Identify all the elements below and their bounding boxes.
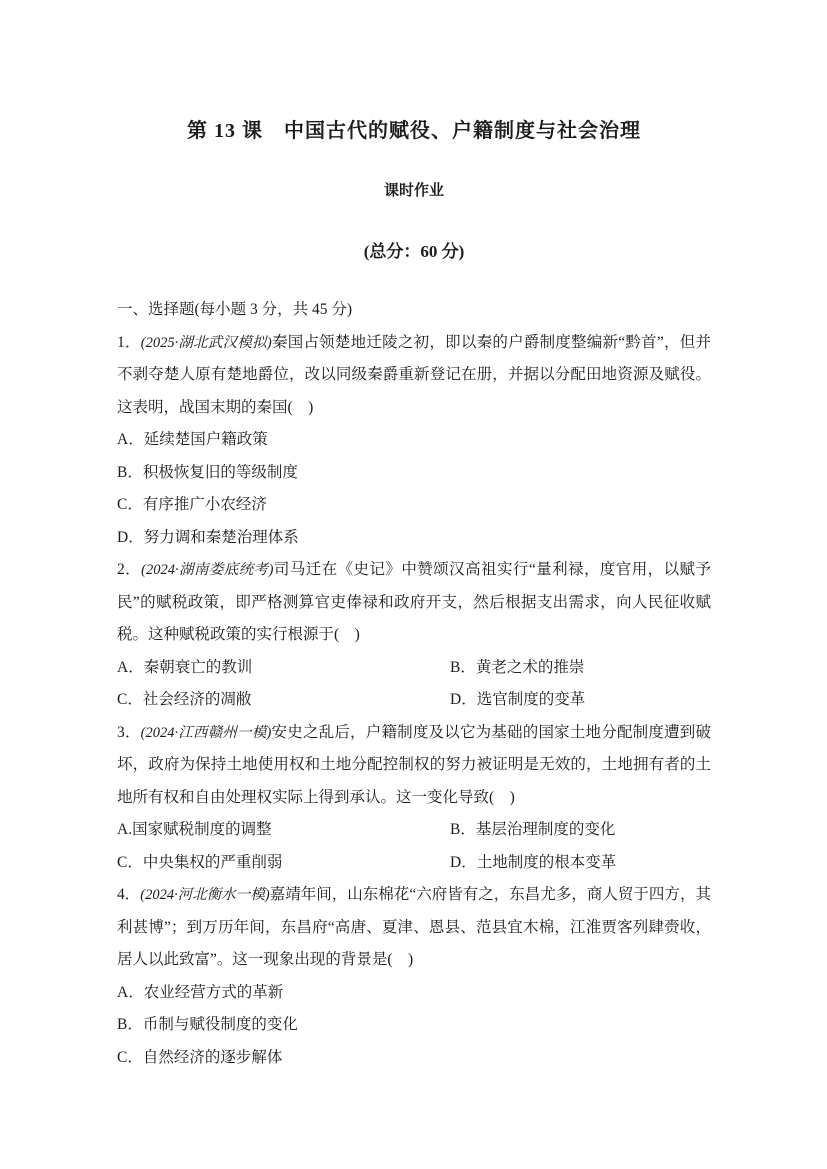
question-3-option-c: C．中央集权的严重削弱 — [117, 847, 450, 880]
question-2-source: (2024·湖南娄底统考) — [141, 562, 273, 578]
document-content: 第 13 课 中国古代的赋役、户籍制度与社会治理 课时作业 (总分：60 分) … — [117, 0, 711, 1074]
question-2-option-d: D．选官制度的变革 — [450, 684, 711, 717]
question-3-option-a: A.国家赋税制度的调整 — [117, 814, 450, 847]
question-2: 2．(2024·湖南娄底统考)司马迁在《史记》中赞颂汉高祖实行“量利禄，度官用，… — [117, 554, 711, 717]
question-3-option-d: D．土地制度的根本变革 — [450, 847, 711, 880]
question-4: 4．(2024·河北衡水一模)嘉靖年间，山东棉花“六府皆有之，东昌尤多，商人贸于… — [117, 879, 711, 1074]
question-3: 3．(2024·江西赣州一模)安史之乱后，户籍制度及以它为基础的国家土地分配制度… — [117, 717, 711, 880]
question-3-option-b: B．基层治理制度的变化 — [450, 814, 711, 847]
question-1-option-b: B．积极恢复旧的等级制度 — [117, 457, 711, 490]
document-title: 第 13 课 中国古代的赋役、户籍制度与社会治理 — [117, 116, 711, 146]
question-4-options: A．农业经营方式的革新 B．币制与赋役制度的变化 C．自然经济的逐步解体 — [117, 977, 711, 1075]
question-4-option-c: C．自然经济的逐步解体 — [117, 1042, 711, 1075]
document-page: 第 13 课 中国古代的赋役、户籍制度与社会治理 课时作业 (总分：60 分) … — [0, 0, 827, 1169]
question-2-option-a: A．秦朝衰亡的教训 — [117, 652, 450, 685]
question-3-source: (2024·江西赣州一模) — [141, 725, 272, 741]
question-3-number: 3． — [117, 724, 141, 741]
question-2-text: 2．(2024·湖南娄底统考)司马迁在《史记》中赞颂汉高祖实行“量利禄，度官用，… — [117, 554, 711, 652]
question-1-source: (2025·湖北武汉模拟) — [141, 335, 272, 351]
question-1-options: A．延续楚国户籍政策 B．积极恢复旧的等级制度 C．有序推广小农经济 D．努力调… — [117, 424, 711, 554]
question-4-option-b: B．币制与赋役制度的变化 — [117, 1009, 711, 1042]
question-4-text: 4．(2024·河北衡水一模)嘉靖年间，山东棉花“六府皆有之，东昌尤多，商人贸于… — [117, 879, 711, 977]
question-2-option-c: C．社会经济的凋敝 — [117, 684, 450, 717]
question-1-option-d: D．努力调和秦楚治理体系 — [117, 522, 711, 555]
question-1-number: 1． — [117, 334, 141, 351]
question-2-options: A．秦朝衰亡的教训 B．黄老之术的推崇 C．社会经济的凋敝 D．选官制度的变革 — [117, 652, 711, 717]
question-4-option-a: A．农业经营方式的革新 — [117, 977, 711, 1010]
document-subtitle: 课时作业 — [117, 180, 711, 202]
question-1-option-a: A．延续楚国户籍政策 — [117, 424, 711, 457]
question-2-number: 2． — [117, 561, 141, 578]
question-4-source: (2024·河北衡水一模) — [140, 887, 269, 903]
total-score-line: (总分：60 分) — [117, 240, 711, 264]
question-2-option-b: B．黄老之术的推崇 — [450, 652, 711, 685]
question-1: 1．(2025·湖北武汉模拟)秦国占领楚地迁陵之初，即以秦的户爵制度整编新“黔首… — [117, 327, 711, 555]
question-1-option-c: C．有序推广小农经济 — [117, 489, 711, 522]
question-3-text: 3．(2024·江西赣州一模)安史之乱后，户籍制度及以它为基础的国家土地分配制度… — [117, 717, 711, 815]
question-4-number: 4． — [117, 886, 140, 903]
question-3-options: A.国家赋税制度的调整 B．基层治理制度的变化 C．中央集权的严重削弱 D．土地… — [117, 814, 711, 879]
question-1-text: 1．(2025·湖北武汉模拟)秦国占领楚地迁陵之初，即以秦的户爵制度整编新“黔首… — [117, 327, 711, 425]
section-heading-multiple-choice: 一、选择题(每小题 3 分，共 45 分) — [117, 294, 711, 327]
